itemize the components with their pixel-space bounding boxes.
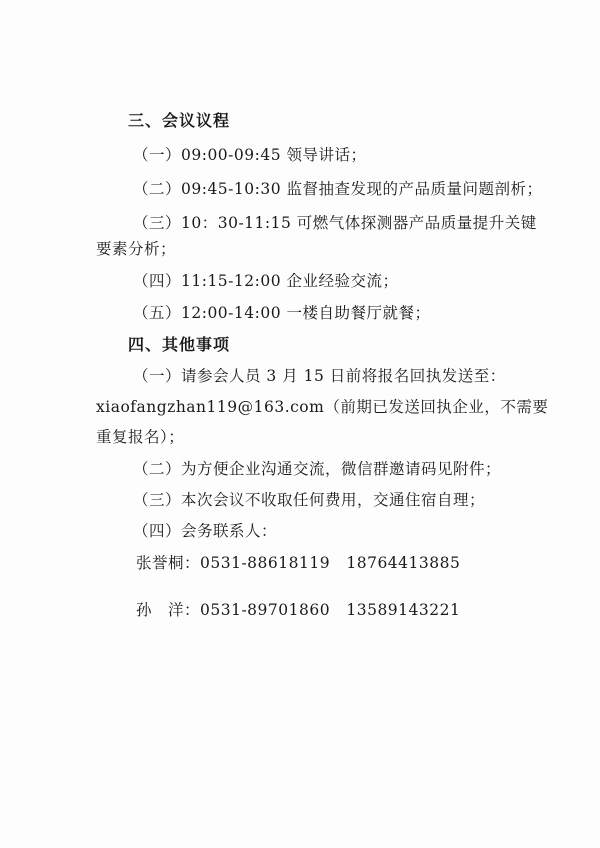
other-item-4: （四）会务联系人： <box>133 519 277 541</box>
other-item-2: （二）为方便企业沟通交流，微信群邀请码见附件； <box>133 457 501 479</box>
document-page: 三、会议议程 （一）09:00-09:45 领导讲话； （二）09:45-10:… <box>0 0 600 848</box>
agenda-item-2: （二）09:45-10:30 监督抽查发现的产品质量问题剖析； <box>133 177 543 199</box>
section-heading-agenda: 三、会议议程 <box>128 108 230 131</box>
contact-2: 孙 洋：0531-89701860 13589143221 <box>136 598 460 620</box>
agenda-item-3-continued: 要素分析； <box>96 237 176 259</box>
agenda-item-1: （一）09:00-09:45 领导讲话； <box>133 143 367 165</box>
contact-1: 张誉桐：0531-88618119 18764413885 <box>136 551 460 573</box>
agenda-item-5: （五）12:00-14:00 一楼自助餐厅就餐； <box>133 301 431 323</box>
agenda-item-4: （四）11:15-12:00 企业经验交流； <box>133 269 399 291</box>
other-item-1-email: xiaofangzhan119@163.com（前期已发送回执企业，不需要 <box>96 395 548 417</box>
section-heading-other: 四、其他事项 <box>128 332 230 355</box>
agenda-item-3: （三）10：30-11:15 可燃气体探测器产品质量提升关键 <box>133 211 537 233</box>
other-item-1-continued: 重复报名）； <box>96 425 184 447</box>
other-item-1: （一）请参会人员 3 月 15 日前将报名回执发送至： <box>133 364 506 386</box>
other-item-3: （三）本次会议不收取任何费用，交通住宿自理； <box>133 488 485 510</box>
